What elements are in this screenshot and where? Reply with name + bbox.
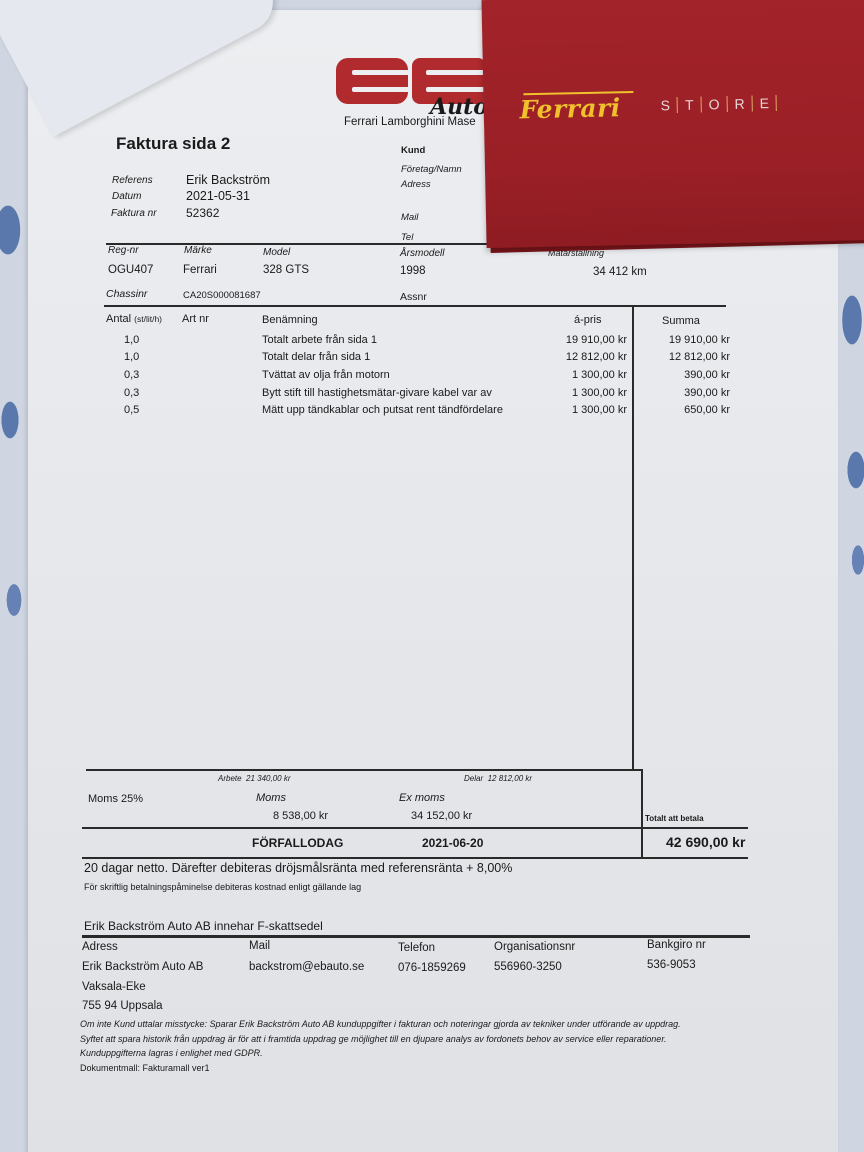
unit-price-header: á-pris <box>574 314 602 326</box>
make-value: Ferrari <box>183 264 217 276</box>
gdpr-line-2: Syftet att spara historik från uppdrag ä… <box>80 1034 666 1044</box>
row-sum: 19 910,00 kr <box>630 334 730 346</box>
company-address-label: Adress <box>82 941 118 953</box>
due-date: 2021-06-20 <box>422 836 483 850</box>
page-title: Faktura sida 2 <box>116 134 230 154</box>
company-phone-label: Telefon <box>398 942 435 954</box>
make-label: Märke <box>184 245 212 256</box>
row-sum: 650,00 kr <box>630 404 730 416</box>
customer-heading: Kund <box>401 145 425 156</box>
customer-address-label: Adress <box>401 179 431 190</box>
brand-list: Ferrari Lamborghini Mase <box>344 116 476 128</box>
reminder-fee-note: För skriftlig betalningspåminelse debite… <box>84 882 361 892</box>
row-unit-price: 19 910,00 kr <box>530 334 627 346</box>
sum-header: Summa <box>662 315 700 327</box>
gdpr-line-1: Om inte Kund uttalar misstycke: Sparar E… <box>80 1019 681 1029</box>
ex-moms-value: 34 152,00 kr <box>411 810 472 822</box>
moms-value: 8 538,00 kr <box>273 810 328 822</box>
document-template: Dokumentmall: Fakturamall ver1 <box>80 1063 210 1073</box>
row-unit-price: 12 812,00 kr <box>530 351 627 363</box>
company-label: Företag/Namn <box>401 164 462 175</box>
totals-top-rule <box>86 769 642 771</box>
row-qty: 1,0 <box>124 351 139 363</box>
org-nr-label: Organisationsnr <box>494 941 575 953</box>
f-skatt-note: Erik Backström Auto AB innehar F-skattse… <box>84 919 323 933</box>
row-unit-price: 1 300,00 kr <box>530 387 627 399</box>
company-address-line-3: 755 94 Uppsala <box>82 1000 163 1012</box>
row-description: Mätt upp tändkablar och putsat rent tänd… <box>262 404 503 416</box>
customer-tel-label: Tel <box>401 232 413 243</box>
row-qty: 1,0 <box>124 334 139 346</box>
delar-summary: Delar 12 812,00 kr <box>464 774 532 783</box>
row-description: Bytt stift till hastighetsmätar-givare k… <box>262 387 492 399</box>
year-label: Årsmodell <box>400 248 444 259</box>
vehicle-top-rule <box>106 243 496 245</box>
art-header: Art nr <box>182 313 209 325</box>
datum-label: Datum <box>112 191 141 202</box>
qty-header: Antal (st/lit/h) <box>106 313 162 325</box>
datum-value: 2021-05-31 <box>186 189 250 203</box>
total-column-divider <box>641 769 643 858</box>
row-description: Totalt delar från sida 1 <box>262 351 370 363</box>
odometer-value: 34 412 km <box>593 266 647 278</box>
ex-moms-label: Ex moms <box>399 792 445 804</box>
ferrari-wordmark: Ferrari <box>519 93 621 124</box>
chassis-value: CA20S000081687 <box>183 290 261 301</box>
company-mail[interactable]: backstrom@ebauto.se <box>249 961 364 973</box>
reg-label: Reg-nr <box>108 245 139 256</box>
row-qty: 0,5 <box>124 404 139 416</box>
company-address-line-1: Erik Backström Auto AB <box>82 961 203 973</box>
customer-mail-label: Mail <box>401 212 418 223</box>
company-mail-label: Mail <box>249 940 270 952</box>
arbete-summary: Arbete 21 340,00 kr <box>218 774 291 783</box>
faktura-nr-value: 52362 <box>186 206 219 220</box>
desc-header: Benämning <box>262 314 318 326</box>
company-address-line-2: Vaksala-Eke <box>82 981 146 993</box>
due-label: FÖRFALLODAG <box>252 836 343 850</box>
reg-value: OGU407 <box>108 264 153 276</box>
due-top-rule <box>82 827 748 829</box>
store-wordmark: S T O R E <box>653 91 777 114</box>
row-qty: 0,3 <box>124 387 139 399</box>
vat-rate: Moms 25% <box>88 793 143 805</box>
row-unit-price: 1 300,00 kr <box>530 369 627 381</box>
row-description: Totalt arbete från sida 1 <box>262 334 377 346</box>
company-top-rule <box>82 935 750 938</box>
row-qty: 0,3 <box>124 369 139 381</box>
bankgiro-nr: 536-9053 <box>647 959 696 971</box>
row-unit-price: 1 300,00 kr <box>530 404 627 416</box>
total-label: Totalt att betala <box>645 814 704 823</box>
chassis-label: Chassinr <box>106 288 147 300</box>
referens-label: Referens <box>112 175 153 186</box>
faktura-nr-label: Faktura nr <box>111 208 157 219</box>
row-sum: 12 812,00 kr <box>630 351 730 363</box>
moms-label: Moms <box>256 792 286 804</box>
bankgiro-label: Bankgiro nr <box>647 939 706 951</box>
model-value: 328 GTS <box>263 264 309 276</box>
model-label: Model <box>263 247 290 258</box>
year-value: 1998 <box>400 265 426 277</box>
payment-terms: 20 dagar netto. Därefter debiteras dröjs… <box>84 861 512 875</box>
row-sum: 390,00 kr <box>630 387 730 399</box>
ferrari-store-card: Ferrari S T O R E <box>481 0 864 248</box>
total-amount: 42 690,00 kr <box>666 834 745 850</box>
org-nr: 556960-3250 <box>494 961 562 973</box>
company-phone: 076-1859269 <box>398 962 466 974</box>
referens-value: Erik Backström <box>186 173 270 187</box>
row-description: Tvättat av olja från motorn <box>262 369 390 381</box>
row-sum: 390,00 kr <box>630 369 730 381</box>
assnr-label: Assnr <box>400 291 427 303</box>
gdpr-line-3: Kunduppgifterna lagras i enlighet med GD… <box>80 1048 263 1058</box>
due-bottom-rule <box>82 857 748 859</box>
